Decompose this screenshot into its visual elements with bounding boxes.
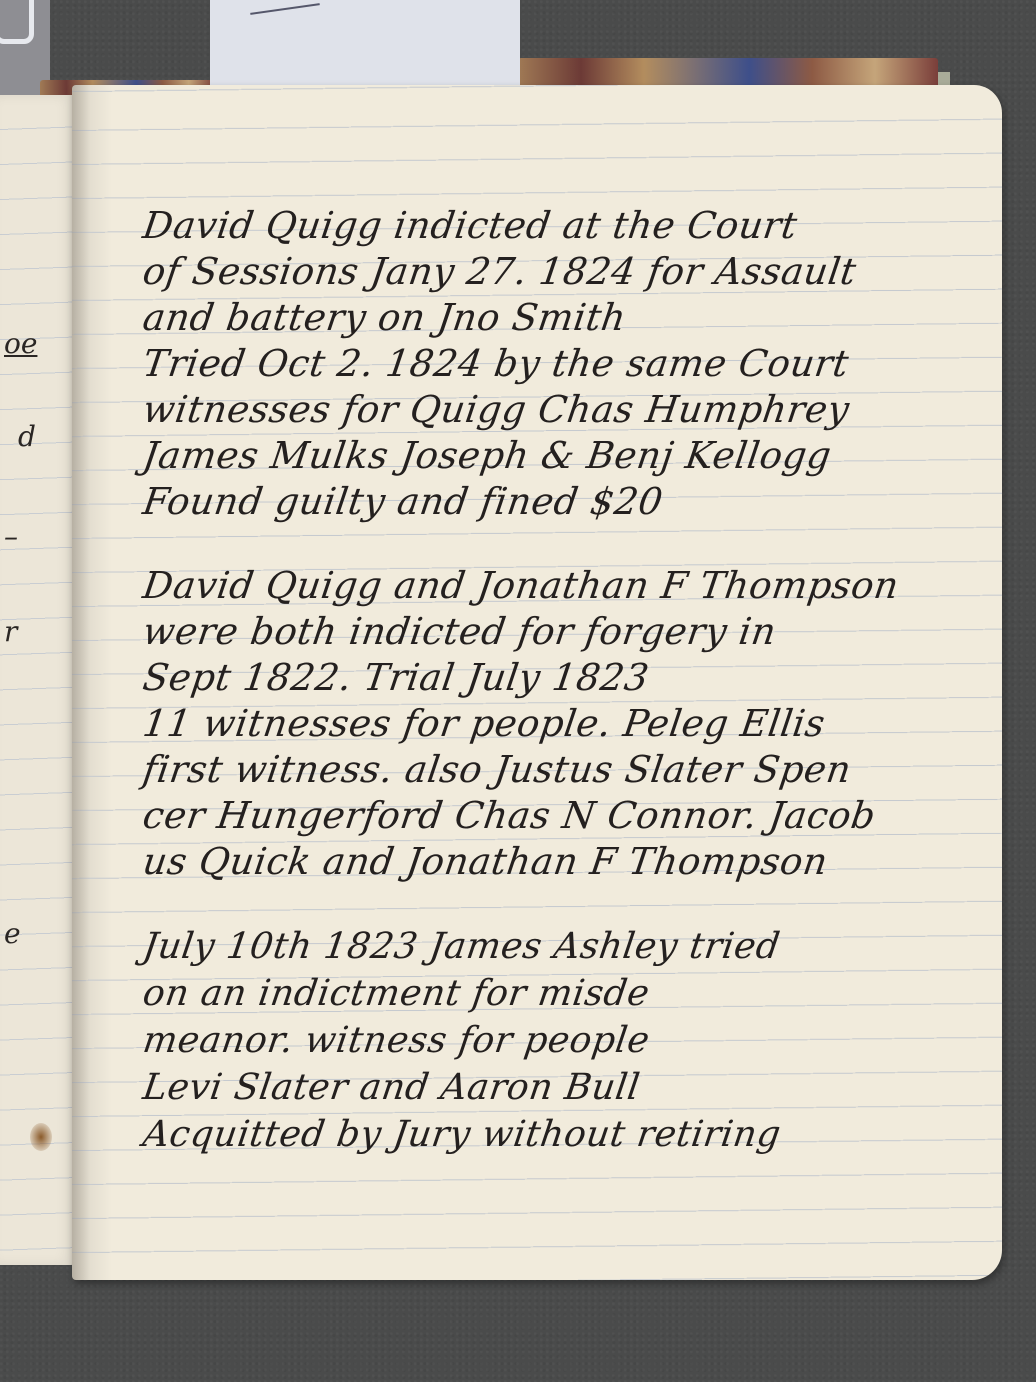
text-line: Acquitted by Jury without retiring bbox=[140, 1111, 987, 1158]
text-line: meanor. witness for people bbox=[140, 1017, 987, 1064]
notebook-page: David Quigg indicted at the Court of Ses… bbox=[72, 85, 1002, 1280]
text-line: David Quigg indicted at the Court bbox=[140, 203, 986, 249]
left-page-fragment: e bbox=[4, 917, 21, 950]
text-line: first witness. also Justus Slater Spen bbox=[140, 747, 986, 793]
text-line: us Quick and Jonathan F Thompson bbox=[140, 839, 986, 885]
left-page-fragment: oe bbox=[4, 327, 37, 360]
ink-stain bbox=[30, 1123, 52, 1151]
text-line: of Sessions Jany 27. 1824 for Assault bbox=[140, 249, 986, 295]
left-page: oe d – r e bbox=[0, 95, 75, 1265]
text-line: Tried Oct 2. 1824 by the same Court bbox=[140, 341, 986, 387]
text-line: cer Hungerford Chas N Connor. Jacob bbox=[140, 793, 986, 839]
left-page-fragment: – bbox=[4, 520, 18, 553]
text-line: Levi Slater and Aaron Bull bbox=[140, 1064, 987, 1111]
clip-ring bbox=[0, 0, 34, 44]
text-line: were both indicted for forgery in bbox=[140, 609, 986, 655]
text-line: July 10th 1823 James Ashley tried bbox=[140, 923, 987, 970]
text-line: witnesses for Quigg Chas Humphrey bbox=[140, 387, 986, 433]
paper-slip-bookmark bbox=[210, 0, 520, 92]
text-line: Found guilty and fined $20 bbox=[140, 479, 986, 525]
text-line: 11 witnesses for people. Peleg Ellis bbox=[140, 701, 986, 747]
text-line: and battery on Jno Smith bbox=[140, 295, 986, 341]
text-line: James Mulks Joseph & Benj Kellogg bbox=[140, 433, 986, 479]
entry-ashley-misdemeanor: July 10th 1823 James Ashley tried on an … bbox=[140, 923, 980, 1158]
journal-entries: David Quigg indicted at the Court of Ses… bbox=[140, 203, 980, 1196]
left-page-fragment: r bbox=[4, 615, 17, 648]
left-page-fragment: d bbox=[18, 420, 36, 453]
entry-quigg-assault: David Quigg indicted at the Court of Ses… bbox=[140, 203, 980, 525]
text-line: David Quigg and Jonathan F Thompson bbox=[140, 563, 986, 609]
pencil-mark bbox=[250, 3, 320, 15]
text-line: Sept 1822. Trial July 1823 bbox=[140, 655, 986, 701]
text-line: on an indictment for misde bbox=[140, 970, 987, 1017]
gutter-shadow bbox=[72, 85, 90, 1280]
entry-forgery: David Quigg and Jonathan F Thompson were… bbox=[140, 563, 980, 885]
